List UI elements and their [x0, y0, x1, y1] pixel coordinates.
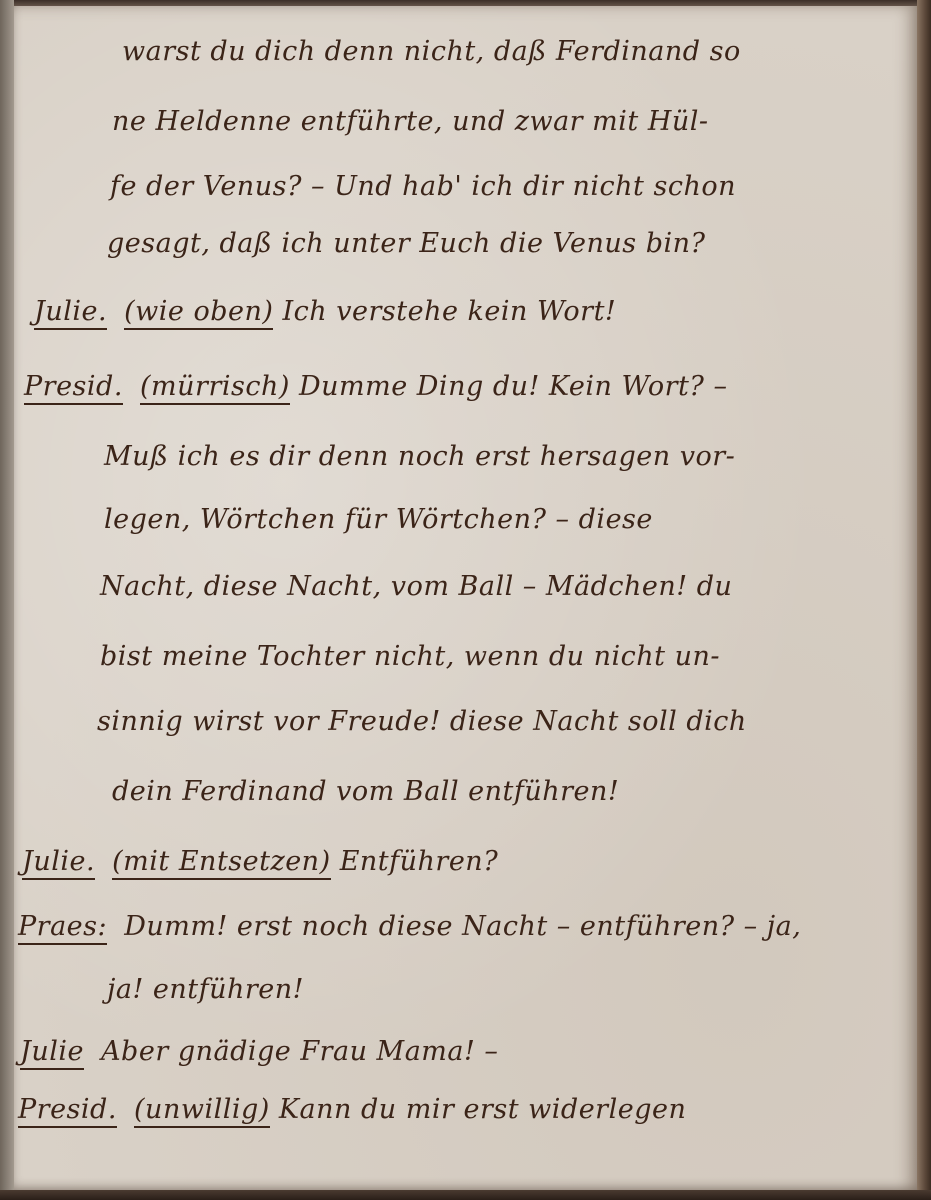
manuscript-line-3: fe der Venus? – Und hab' ich dir nicht s…	[110, 171, 736, 202]
manuscript-line-17: Presid. (unwillig) Kann du mir erst wide…	[18, 1094, 686, 1128]
line-text: Ich verstehe kein Wort!	[283, 296, 617, 327]
line-text: Entführen?	[340, 846, 498, 877]
manuscript-line-8: legen, Wörtchen für Wörtchen? – diese	[104, 504, 653, 535]
stage-direction: (mürrisch)	[140, 371, 290, 405]
speaker-name: Julie.	[22, 846, 95, 880]
manuscript-line-13: Julie. (mit Entsetzen) Entführen?	[22, 846, 498, 880]
stage-direction: (wie oben)	[124, 296, 273, 330]
line-text: Aber gnädige Frau Mama! –	[101, 1036, 498, 1067]
line-text: Nacht, diese Nacht, vom Ball – Mädchen! …	[100, 571, 732, 602]
manuscript-line-10: bist meine Tochter nicht, wenn du nicht …	[100, 641, 720, 672]
line-text: Kann du mir erst widerlegen	[279, 1094, 686, 1125]
line-text: Dumme Ding du! Kein Wort? –	[299, 371, 727, 402]
line-text: Dumm! erst noch diese Nacht – entführen?…	[124, 911, 801, 942]
manuscript-line-6: Presid. (mürrisch) Dumme Ding du! Kein W…	[24, 371, 727, 405]
manuscript-line-4: gesagt, daß ich unter Euch die Venus bin…	[107, 228, 706, 259]
line-text: warst du dich denn nicht, daß Ferdinand …	[122, 36, 741, 67]
stage-direction: (unwillig)	[134, 1094, 270, 1128]
line-text: fe der Venus? – Und hab' ich dir nicht s…	[110, 171, 736, 202]
manuscript-line-16: Julie Aber gnädige Frau Mama! –	[20, 1036, 498, 1070]
speaker-name: Praes:	[18, 911, 107, 945]
speaker-name: Julie.	[34, 296, 107, 330]
line-text: dein Ferdinand vom Ball entführen!	[112, 776, 619, 807]
manuscript-line-2: ne Heldenne entführte, und zwar mit Hül-	[112, 106, 709, 137]
book-binding-left	[0, 0, 14, 1200]
manuscript-line-15: ja! entführen!	[107, 974, 304, 1005]
line-text: ja! entführen!	[107, 974, 304, 1005]
book-edge-right	[917, 0, 931, 1200]
line-text: bist meine Tochter nicht, wenn du nicht …	[100, 641, 720, 672]
line-text: ne Heldenne entführte, und zwar mit Hül-	[112, 106, 709, 137]
line-text: sinnig wirst vor Freude! diese Nacht sol…	[97, 706, 747, 737]
manuscript-line-14: Praes: Dumm! erst noch diese Nacht – ent…	[18, 911, 801, 945]
speaker-name: Presid.	[24, 371, 123, 405]
line-text: gesagt, daß ich unter Euch die Venus bin…	[107, 228, 706, 259]
speaker-name: Julie	[20, 1036, 84, 1070]
manuscript-line-5: Julie. (wie oben) Ich verstehe kein Wort…	[34, 296, 616, 330]
manuscript-line-1: warst du dich denn nicht, daß Ferdinand …	[122, 36, 741, 67]
manuscript-line-12: dein Ferdinand vom Ball entführen!	[112, 776, 619, 807]
line-text: legen, Wörtchen für Wörtchen? – diese	[104, 504, 653, 535]
manuscript-page: warst du dich denn nicht, daß Ferdinand …	[12, 6, 918, 1194]
line-text: Muß ich es dir denn noch erst hersagen v…	[104, 441, 735, 472]
speaker-name: Presid.	[18, 1094, 117, 1128]
manuscript-line-7: Muß ich es dir denn noch erst hersagen v…	[104, 441, 735, 472]
stage-direction: (mit Entsetzen)	[112, 846, 330, 880]
manuscript-line-9: Nacht, diese Nacht, vom Ball – Mädchen! …	[100, 571, 732, 602]
manuscript-line-11: sinnig wirst vor Freude! diese Nacht sol…	[97, 706, 747, 737]
book-edge-bottom	[0, 1190, 931, 1200]
